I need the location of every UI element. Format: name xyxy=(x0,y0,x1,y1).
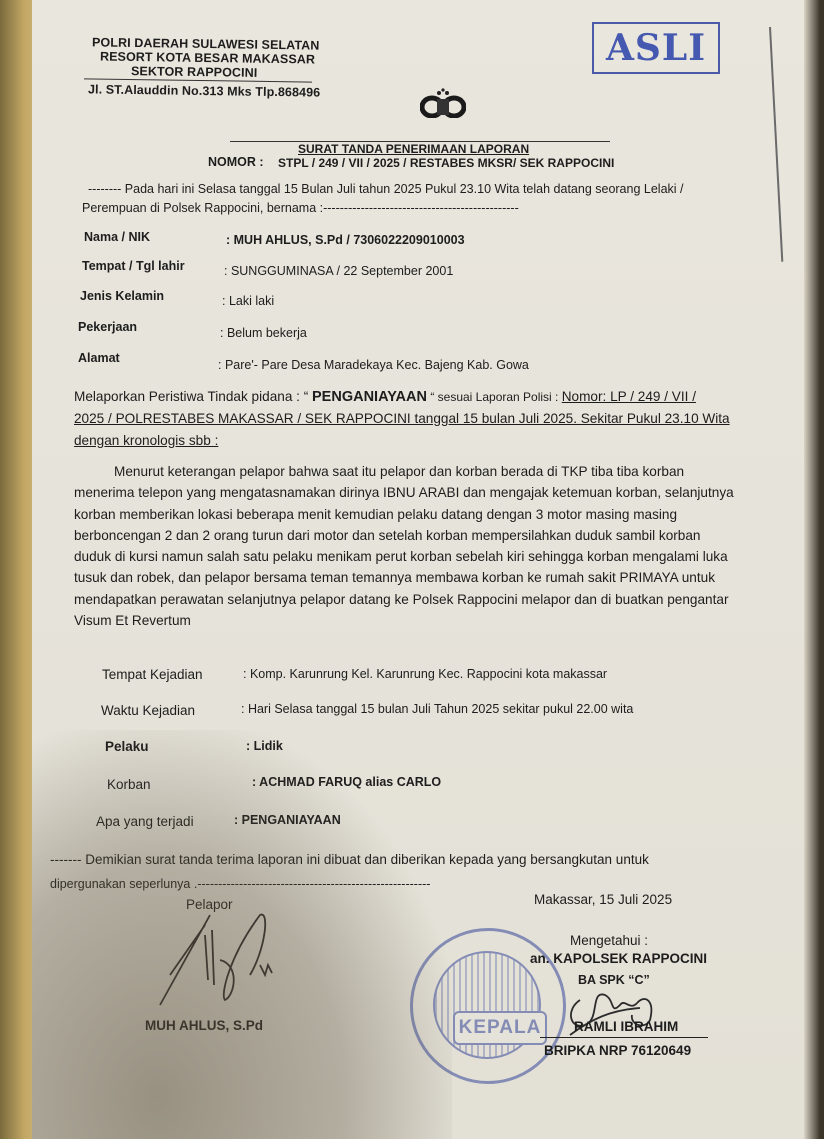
chronology-line: berboncengan 2 dan 2 orang turun dari mo… xyxy=(74,525,794,546)
incident-label-victim: Korban xyxy=(107,777,151,792)
intro-line-2: Perempuan di Polsek Rappocini, bernama :… xyxy=(82,201,519,215)
closing-line-1: ------- Demikian surat tanda terima lapo… xyxy=(50,852,649,867)
chronology-line: mendapatkan perawatan selanjutnya pelapo… xyxy=(74,589,794,610)
incident-value-victim: : ACHMAD FARUQ alias CARLO xyxy=(252,775,441,789)
identity-label-birth: Tempat / Tgl lahir xyxy=(82,259,185,273)
report-reference-3: dengan kronologis sbb : xyxy=(74,433,218,448)
chronology-line: Visum Et Revertum xyxy=(74,610,794,631)
stamp-band: KEPALA xyxy=(453,1011,547,1045)
incident-value-place: : Komp. Karunrung Kel. Karunrung Kec. Ra… xyxy=(243,667,607,681)
reporter-name: MUH AHLUS, S.Pd xyxy=(145,1018,263,1033)
folder-edge-right xyxy=(804,0,824,1139)
identity-label-gender: Jenis Kelamin xyxy=(80,289,164,303)
incident-value-perpetrator: : Lidik xyxy=(246,739,283,753)
chronology-line: korban memberikan lokasi beberapa menit … xyxy=(74,504,794,525)
incident-label-perpetrator: Pelaku xyxy=(105,739,149,754)
document-number: STPL / 249 / VII / 2025 / RESTABES MKSR/… xyxy=(278,156,614,170)
incident-label-time: Waktu Kejadian xyxy=(101,703,195,718)
identity-value-name: : MUH AHLUS, S.Pd / 7306022209010003 xyxy=(226,233,465,247)
identity-value-gender: : Laki laki xyxy=(222,294,274,308)
chronology-line: menerima telepon yang mengatasnamakan di… xyxy=(74,482,794,503)
acknowledged-label: Mengetahui : xyxy=(570,933,648,948)
identity-label-address: Alamat xyxy=(78,351,120,365)
incident-label-what: Apa yang terjadi xyxy=(96,814,194,829)
report-reference-1: Nomor: LP / 249 / VII / xyxy=(562,389,696,404)
incident-value-what: : PENGANIAYAAN xyxy=(234,813,341,827)
report-statement: Melaporkan Peristiwa Tindak pidana : “ P… xyxy=(74,386,774,451)
identity-value-occupation: : Belum bekerja xyxy=(220,326,307,340)
report-crime: PENGANIAYAAN xyxy=(312,389,427,405)
chronology-line: tusuk dan robek, dan pelapor bersama tem… xyxy=(74,567,794,588)
report-mid: “ sesuai Laporan Polisi : xyxy=(427,390,562,404)
header-line-3: SEKTOR RAPPOCINI xyxy=(131,64,258,80)
report-reference-2: 2025 / POLRESTABES MAKASSAR / SEK RAPPOC… xyxy=(74,411,730,426)
chronology-line: duduk di kursi namun salah satu pelaku m… xyxy=(74,546,794,567)
reporter-signature xyxy=(150,905,290,1015)
document-number-label: NOMOR : xyxy=(208,155,264,169)
place-date: Makassar, 15 Juli 2025 xyxy=(534,892,672,907)
incident-label-place: Tempat Kejadian xyxy=(102,667,203,682)
on-behalf-of: an. KAPOLSEK RAPPOCINI xyxy=(530,951,707,966)
chronology: Menurut keterangan pelapor bahwa saat it… xyxy=(74,461,794,631)
police-emblem-icon xyxy=(420,88,466,118)
identity-label-name: Nama / NIK xyxy=(84,230,150,244)
closing-line-2: dipergunakan seperlunya .---------------… xyxy=(50,877,430,891)
report-prefix: Melaporkan Peristiwa Tindak pidana : “ xyxy=(74,389,312,404)
officer-rank: BRIPKA NRP 76120649 xyxy=(544,1043,691,1058)
original-stamp: ASLI xyxy=(592,22,720,74)
stamp-text: KEPALA xyxy=(459,1017,542,1039)
officer-name: RAMLI IBRAHIM xyxy=(574,1019,678,1034)
identity-value-address: : Pare'- Pare Desa Maradekaya Kec. Bajen… xyxy=(218,358,529,372)
incident-value-time: : Hari Selasa tanggal 15 bulan Juli Tahu… xyxy=(241,702,633,716)
identity-value-birth: : SUNGGUMINASA / 22 September 2001 xyxy=(224,264,453,278)
document-title: SURAT TANDA PENERIMAAN LAPORAN xyxy=(298,142,529,156)
intro-line-1: -------- Pada hari ini Selasa tanggal 15… xyxy=(88,182,684,196)
officer-name-underline xyxy=(540,1037,708,1038)
chronology-line: Menurut keterangan pelapor bahwa saat it… xyxy=(74,461,794,482)
identity-label-occupation: Pekerjaan xyxy=(78,320,137,334)
original-stamp-text: ASLI xyxy=(606,27,706,69)
